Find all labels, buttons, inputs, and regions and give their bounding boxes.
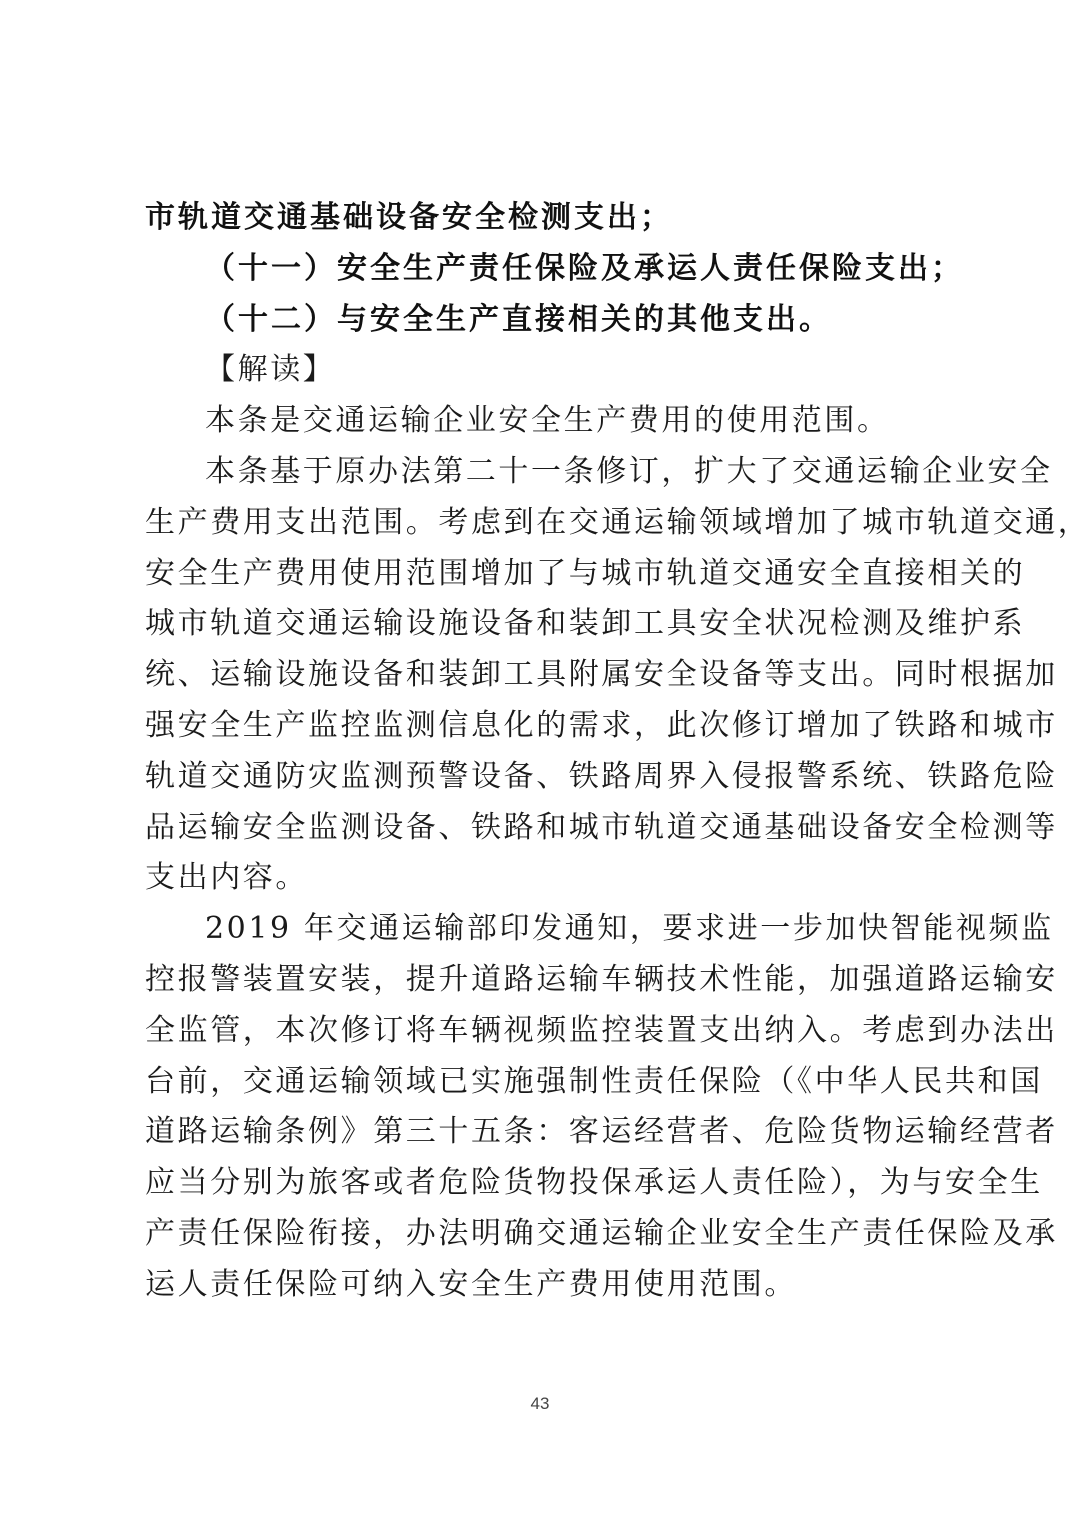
paragraph-line: 本条是交通运输企业安全生产费用的使用范围。 bbox=[145, 396, 950, 447]
paragraph-line: 城市轨道交通运输设施设备和装卸工具安全状况检测及维护系 bbox=[145, 599, 945, 650]
paragraph-line: 支出内容。 bbox=[145, 853, 950, 904]
paragraph-line: 强安全生产监控监测信息化的需求，此次修订增加了铁路和城市 bbox=[145, 701, 945, 752]
paragraph-line: 生产费用支出范围。考虑到在交通运输领域增加了城市轨道交通， bbox=[145, 498, 945, 549]
paragraph-line: 安全生产费用使用范围增加了与城市轨道交通安全直接相关的 bbox=[145, 549, 945, 600]
clause-continuation: 市轨道交通基础设备安全检测支出； bbox=[145, 193, 950, 244]
paragraph-line: 统、运输设施设备和装卸工具附属安全设备等支出。同时根据加 bbox=[145, 650, 945, 701]
paragraph-line: 2019 年交通运输部印发通知，要求进一步加快智能视频监 bbox=[145, 904, 950, 955]
interpretation-heading: 【解读】 bbox=[145, 345, 950, 396]
paragraph-line: 台前，交通运输领域已实施强制性责任保险（《中华人民共和国 bbox=[145, 1057, 945, 1108]
paragraph-line: 道路运输条例》第三十五条：客运经营者、危险货物运输经营者 bbox=[145, 1107, 945, 1158]
document-page: 市轨道交通基础设备安全检测支出； （十一）安全生产责任保险及承运人责任保险支出；… bbox=[0, 0, 1080, 1527]
clause-twelve: （十二）与安全生产直接相关的其他支出。 bbox=[145, 295, 950, 346]
paragraph-line: 应当分别为旅客或者危险货物投保承运人责任险），为与安全生 bbox=[145, 1158, 945, 1209]
paragraph-line: 运人责任保险可纳入安全生产费用使用范围。 bbox=[145, 1260, 950, 1311]
paragraph-line: 本条基于原办法第二十一条修订，扩大了交通运输企业安全 bbox=[145, 447, 950, 498]
paragraph-line: 控报警装置安装，提升道路运输车辆技术性能，加强道路运输安 bbox=[145, 955, 945, 1006]
paragraph-line: 品运输安全监测设备、铁路和城市轨道交通基础设备安全检测等 bbox=[145, 803, 945, 854]
page-number: 43 bbox=[0, 1394, 1080, 1414]
document-content: 市轨道交通基础设备安全检测支出； （十一）安全生产责任保险及承运人责任保险支出；… bbox=[145, 193, 950, 1311]
paragraph-line: 产责任保险衔接，办法明确交通运输企业安全生产责任保险及承 bbox=[145, 1209, 945, 1260]
paragraph-line: 轨道交通防灾监测预警设备、铁路周界入侵报警系统、铁路危险 bbox=[145, 752, 945, 803]
clause-eleven: （十一）安全生产责任保险及承运人责任保险支出； bbox=[145, 244, 950, 295]
paragraph-line: 全监管，本次修订将车辆视频监控装置支出纳入。考虑到办法出 bbox=[145, 1006, 945, 1057]
